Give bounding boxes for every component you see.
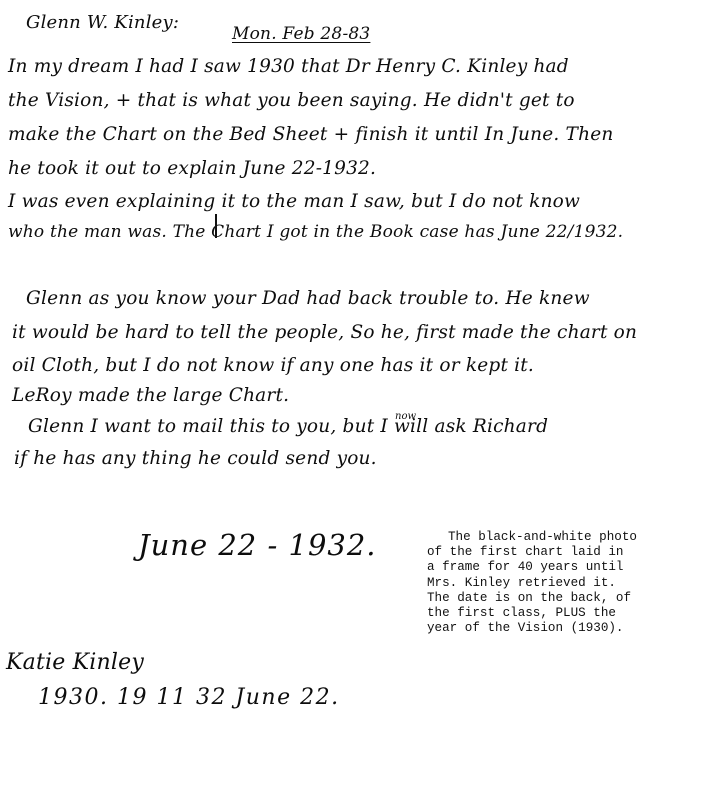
caption-line: of the first chart laid in bbox=[427, 545, 707, 560]
caption-line: the first class, PLUS the bbox=[427, 606, 707, 621]
letter-line: make the Chart on the Bed Sheet + finish… bbox=[8, 124, 613, 145]
caption-line: The date is on the back, of bbox=[427, 591, 707, 606]
letter-line: who the man was. The Chart I got in the … bbox=[8, 222, 623, 242]
signature-dates: 1930. 19 11 32 June 22. bbox=[38, 685, 340, 710]
letter-line: if he has any thing he could send you. bbox=[14, 448, 377, 469]
letter-date: Mon. Feb 28-83 bbox=[232, 24, 370, 44]
caption-line: The black-and-white photo bbox=[427, 530, 707, 545]
letter-line: Glenn I want to mail this to you, but I … bbox=[28, 416, 548, 437]
letter-line: it would be hard to tell the people, So … bbox=[12, 322, 637, 343]
letter-line: In my dream I had I saw 1930 that Dr Hen… bbox=[8, 56, 569, 77]
insertion-mark bbox=[215, 214, 217, 238]
salutation: Glenn W. Kinley: bbox=[26, 12, 179, 33]
caption-line: year of the Vision (1930). bbox=[427, 621, 707, 636]
caption-line: Mrs. Kinley retrieved it. bbox=[427, 576, 707, 591]
letter-line: oil Cloth, but I do not know if any one … bbox=[12, 355, 534, 376]
signature: Katie Kinley bbox=[6, 650, 144, 675]
letter-line: Glenn as you know your Dad had back trou… bbox=[26, 288, 590, 309]
letter-line: LeRoy made the large Chart. bbox=[12, 385, 289, 406]
letter-line: he took it out to explain June 22-1932. bbox=[8, 158, 376, 179]
letter-line: I was even explaining it to the man I sa… bbox=[8, 191, 580, 212]
caption-line: a frame for 40 years until bbox=[427, 560, 707, 575]
chart-date: June 22 - 1932. bbox=[138, 528, 377, 562]
letter-line: the Vision, + that is what you been sayi… bbox=[8, 90, 575, 111]
photo-caption: The black-and-white photo of the first c… bbox=[427, 530, 707, 636]
